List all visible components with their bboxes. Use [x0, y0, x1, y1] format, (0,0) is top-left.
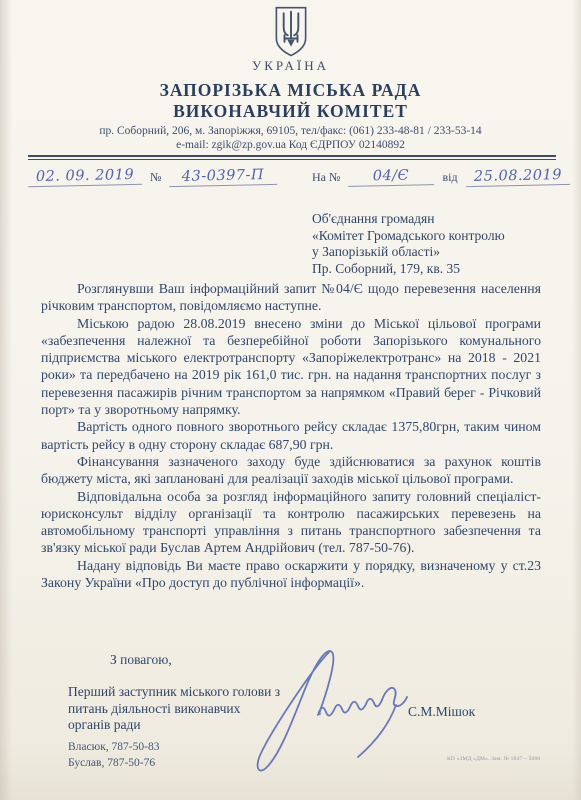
contact-person: Буслав, 787-50-76 [68, 756, 159, 772]
paragraph: Міською радою 28.08.2019 внесено зміни д… [41, 315, 541, 419]
number-sign-label: № [150, 170, 161, 184]
incoming-reference: На № 04/Є від 25.08.2019 [312, 168, 570, 186]
paragraph: Вартість одного повного зворотнього рейс… [41, 418, 541, 453]
organization-name: ЗАПОРІЗЬКА МІСЬКА РАДА [0, 80, 581, 101]
outgoing-reference: 02. 09. 2019 № 43-0397-П [28, 168, 277, 186]
outgoing-date-handwritten: 02. 09. 2019 [28, 167, 142, 187]
header-divider [28, 155, 556, 160]
recipient-line: Пр. Соборний, 179, кв. 35 [312, 261, 505, 278]
paragraph: Розглянувши Ваш інформаційний запит №04/… [41, 280, 541, 315]
incoming-date-handwritten: 25.08.2019 [465, 167, 569, 187]
outgoing-number-handwritten: 43-0397-П [169, 167, 277, 187]
contact-line: e-mail: zgik@zp.gov.ua Код ЄДРПОУ 021408… [0, 139, 581, 151]
recipient-line: Об'єднання громадян [312, 211, 505, 228]
contact-person: Власюк, 787-50-83 [68, 740, 159, 756]
from-date-label: від [442, 170, 457, 184]
print-shop-mark: КП «ЗМД «ДМ». Зам. № 1847 – 5000 [447, 756, 540, 762]
ukraine-trident-icon [271, 6, 311, 58]
incoming-number-handwritten: 04/Є [348, 167, 434, 187]
handwritten-signature [230, 643, 425, 778]
emblem-block [0, 6, 581, 63]
letter-body: Розглянувши Ваш інформаційний запит №04/… [41, 280, 541, 591]
address-line: пр. Соборний, 206, м. Запоріжжя, 69105, … [0, 125, 581, 137]
paragraph: Відповідальна особа за розгляд інформаці… [41, 488, 541, 557]
country-label: УКРАЇНА [0, 58, 581, 74]
recipient-line: у Запорізькій області» [312, 244, 505, 261]
paragraph: Фінансування зазначеного заходу буде зді… [41, 453, 541, 488]
salutation: З повагою, [110, 652, 172, 668]
contact-persons: Власюк, 787-50-83 Буслав, 787-50-76 [68, 740, 159, 771]
paragraph: Надану відповідь Ви маєте право оскаржит… [41, 557, 541, 592]
reply-to-label: На № [312, 170, 340, 184]
signer-name: С.М.Мішок [408, 704, 475, 720]
recipient-line: «Комітет Громадського контролю [312, 228, 505, 245]
organization-subname: ВИКОНАВЧИЙ КОМІТЕТ [0, 101, 581, 122]
recipient-block: Об'єднання громадян «Комітет Громадськог… [312, 211, 505, 277]
scanned-letter-page: УКРАЇНА ЗАПОРІЗЬКА МІСЬКА РАДА ВИКОНАВЧИ… [0, 0, 581, 800]
